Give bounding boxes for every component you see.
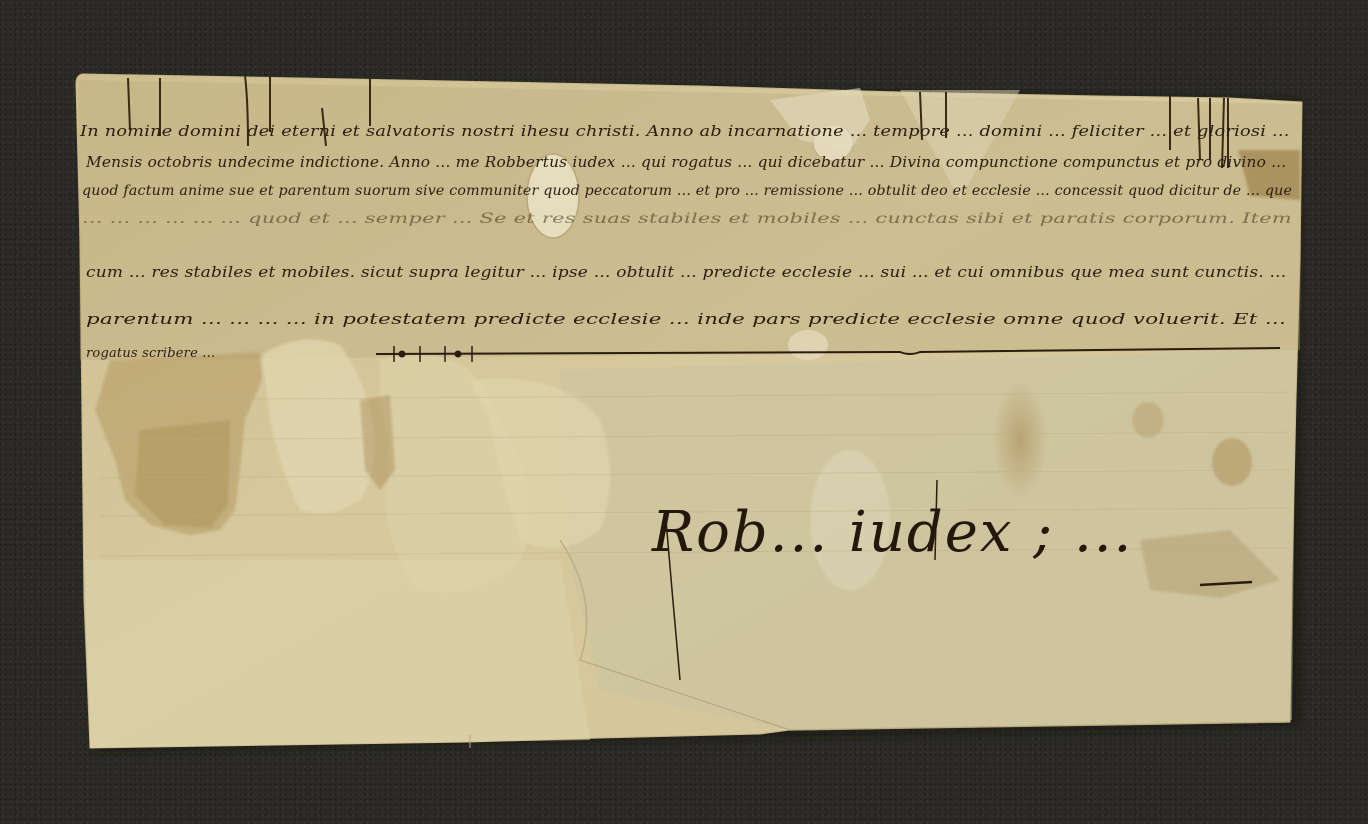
document-viewer: In nomine domini dei eterni et salvatori… bbox=[0, 0, 1368, 824]
charter-line-3: quod factum anime sue et parentum suorum… bbox=[82, 183, 1292, 199]
charter-line-2: Mensis octobris undecime indictione. Ann… bbox=[86, 155, 1286, 171]
charter-line-4: ... ... ... ... ... ... quod et ... semp… bbox=[82, 211, 1292, 227]
charter-line-1: In nomine domini dei eterni et salvatori… bbox=[80, 124, 1290, 140]
charter-line-7: rogatus scribere ... bbox=[86, 346, 215, 361]
judge-signature: Rob... iudex ; ... bbox=[652, 500, 1133, 565]
charter-line-5: cum ... res stabiles et mobiles. sicut s… bbox=[86, 265, 1286, 281]
charter-line-6: parentum ... ... ... ... in potestatem p… bbox=[86, 312, 1286, 328]
